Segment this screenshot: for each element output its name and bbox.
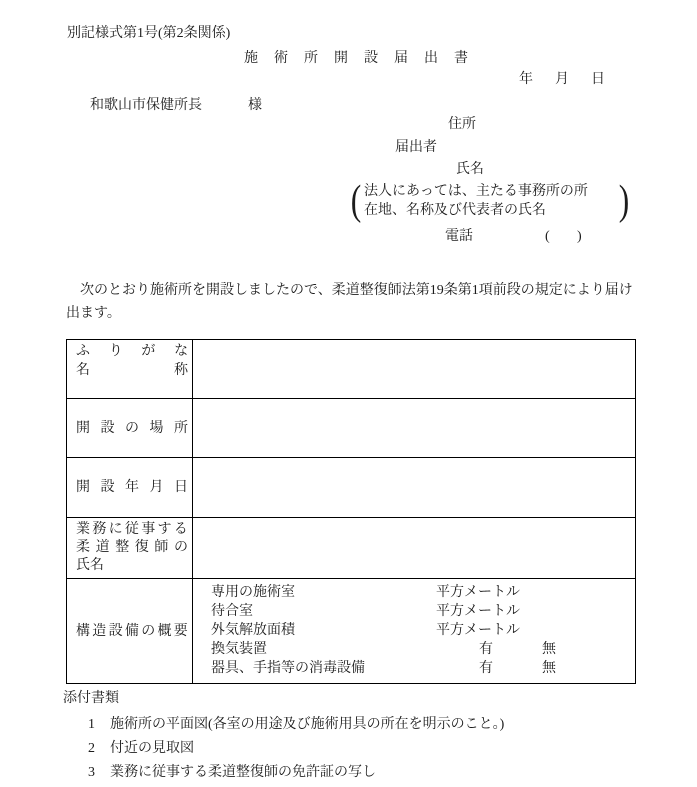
equipment-row: 待合室 平方メートル bbox=[211, 602, 635, 621]
corporate-note-line: 在地、名称及び代表者の氏名 bbox=[364, 201, 588, 220]
attachments-heading: 添付書類 bbox=[63, 691, 119, 708]
location-value-cell bbox=[193, 399, 635, 457]
facilities-value-cell: 専用の施術室 平方メートル 待合室 平方メートル 外気解放面積 平方メートル 換… bbox=[193, 579, 635, 683]
row-label: 開設の場所 bbox=[67, 399, 193, 457]
no-option: 無 bbox=[542, 640, 556, 659]
name-value-cell bbox=[193, 340, 635, 398]
attachment-number: 1 bbox=[88, 713, 110, 737]
table-row-opening-date: 開設年月日 bbox=[67, 457, 635, 517]
row-label-line: 氏名 bbox=[76, 557, 188, 575]
bracket-close-icon: ) bbox=[619, 179, 630, 223]
attachments-list: 1 施術所の平面図(各室の用途及び施術用具の所在を明示のこと。) 2 付近の見取… bbox=[88, 713, 504, 785]
name-label: 氏名 bbox=[456, 162, 484, 179]
honorific-label: 様 bbox=[248, 98, 262, 115]
attachment-text: 施術所の平面図(各室の用途及び施術用具の所在を明示のこと。) bbox=[110, 713, 504, 737]
row-label-line: 構造設備の概要 bbox=[76, 622, 188, 641]
recipient-line: 和歌山市保健所長 様 bbox=[90, 98, 262, 115]
phone-paren-close: ) bbox=[577, 229, 582, 246]
equipment-name: 換気装置 bbox=[211, 640, 436, 659]
date-line: 年 月 日 bbox=[519, 72, 605, 89]
row-label: 構造設備の概要 bbox=[67, 579, 193, 683]
table-row-location: 開設の場所 bbox=[67, 398, 635, 457]
row-label: 開設年月日 bbox=[67, 458, 193, 517]
row-label: ふりがな 名称 bbox=[67, 340, 193, 398]
equipment-name: 外気解放面積 bbox=[211, 621, 436, 640]
bracket-open-icon: ( bbox=[351, 179, 362, 223]
attachment-item: 1 施術所の平面図(各室の用途及び施術用具の所在を明示のこと。) bbox=[88, 713, 504, 737]
equipment-name: 待合室 bbox=[211, 602, 436, 621]
form-table: ふりがな 名称 開設の場所 開設年月日 業務に従事する 柔道整復師の 氏名 bbox=[66, 339, 636, 684]
phone-paren-open: ( bbox=[545, 229, 550, 246]
attachment-number: 3 bbox=[88, 761, 110, 785]
row-label-line: 柔道整復師の bbox=[76, 539, 188, 557]
equipment-row: 外気解放面積 平方メートル bbox=[211, 621, 635, 640]
day-label: 日 bbox=[591, 72, 605, 89]
row-label-line: 開設年月日 bbox=[76, 478, 188, 497]
table-row-practitioners: 業務に従事する 柔道整復師の 氏名 bbox=[67, 517, 635, 578]
table-row-facilities: 構造設備の概要 専用の施術室 平方メートル 待合室 平方メートル 外気解放面積 … bbox=[67, 578, 635, 683]
form-number: 別記様式第1号(第2条関係) bbox=[67, 26, 230, 43]
row-label: 業務に従事する 柔道整復師の 氏名 bbox=[67, 518, 193, 578]
attachment-number: 2 bbox=[88, 737, 110, 761]
unit-label: 平方メートル bbox=[436, 621, 520, 640]
phone-label: 電話 bbox=[445, 229, 473, 246]
opening-date-value-cell bbox=[193, 458, 635, 517]
attachment-text: 業務に従事する柔道整復師の免許証の写し bbox=[110, 761, 376, 785]
equipment-row: 専用の施術室 平方メートル bbox=[211, 583, 635, 602]
month-label: 月 bbox=[555, 72, 569, 89]
statement-paragraph: 次のとおり施術所を開設しましたので、柔道整復師法第19条第1項前段の規定により届… bbox=[66, 279, 636, 325]
declarant-label: 届出者 bbox=[395, 140, 437, 157]
practitioners-value-cell bbox=[193, 518, 635, 578]
row-label-line: 開設の場所 bbox=[76, 419, 188, 438]
attachment-item: 3 業務に従事する柔道整復師の免許証の写し bbox=[88, 761, 504, 785]
form-title: 施術所開設届出書 bbox=[244, 51, 484, 68]
year-label: 年 bbox=[519, 72, 533, 89]
unit-label: 平方メートル bbox=[436, 583, 520, 602]
row-label-line: 業務に従事する bbox=[76, 521, 188, 539]
yes-option: 有 bbox=[479, 659, 493, 678]
attachment-item: 2 付近の見取図 bbox=[88, 737, 504, 761]
corporate-note-line: 法人にあっては、主たる事務所の所 bbox=[364, 182, 588, 201]
yes-option: 有 bbox=[479, 640, 493, 659]
equipment-name: 器具、手指等の消毒設備 bbox=[211, 659, 436, 678]
row-label-line: ふりがな bbox=[76, 342, 188, 361]
equipment-row: 器具、手指等の消毒設備 有 無 bbox=[211, 659, 635, 678]
corporate-note: 法人にあっては、主たる事務所の所 在地、名称及び代表者の氏名 bbox=[364, 182, 588, 220]
equipment-row: 換気装置 有 無 bbox=[211, 640, 635, 659]
address-label: 住所 bbox=[448, 117, 476, 134]
unit-label: 平方メートル bbox=[436, 602, 520, 621]
equipment-name: 専用の施術室 bbox=[211, 583, 436, 602]
no-option: 無 bbox=[542, 659, 556, 678]
table-row-name: ふりがな 名称 bbox=[67, 340, 635, 398]
recipient-name: 和歌山市保健所長 bbox=[90, 98, 202, 115]
row-label-line: 名称 bbox=[76, 361, 188, 380]
attachment-text: 付近の見取図 bbox=[110, 737, 194, 761]
form-page: 別記様式第1号(第2条関係) 施術所開設届出書 年 月 日 和歌山市保健所長 様… bbox=[0, 0, 697, 787]
